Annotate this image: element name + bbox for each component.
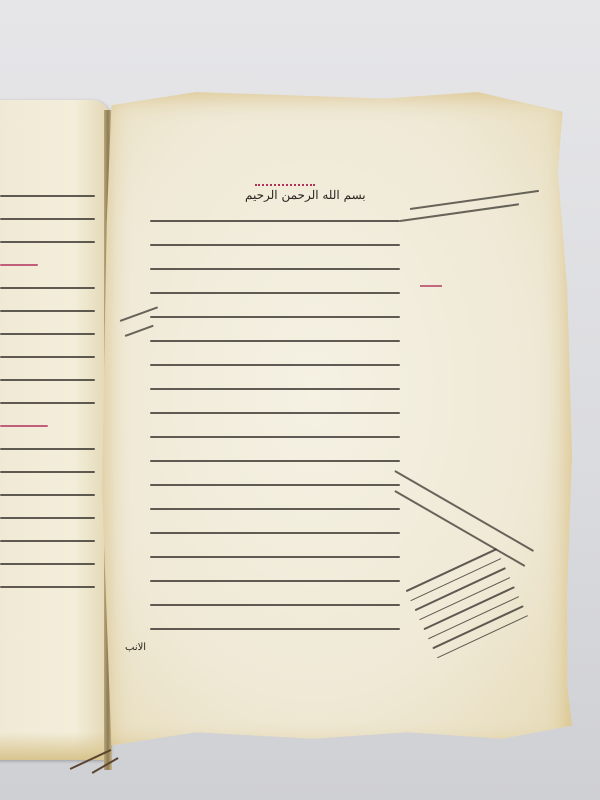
- red-margin-note: [420, 285, 442, 287]
- basmala-heading: بسم الله الرحمن الرحيم: [245, 188, 366, 202]
- main-text: [150, 220, 400, 652]
- left-page-text: [0, 195, 95, 609]
- catchword: الانب: [125, 642, 146, 653]
- red-ornament: [255, 158, 315, 186]
